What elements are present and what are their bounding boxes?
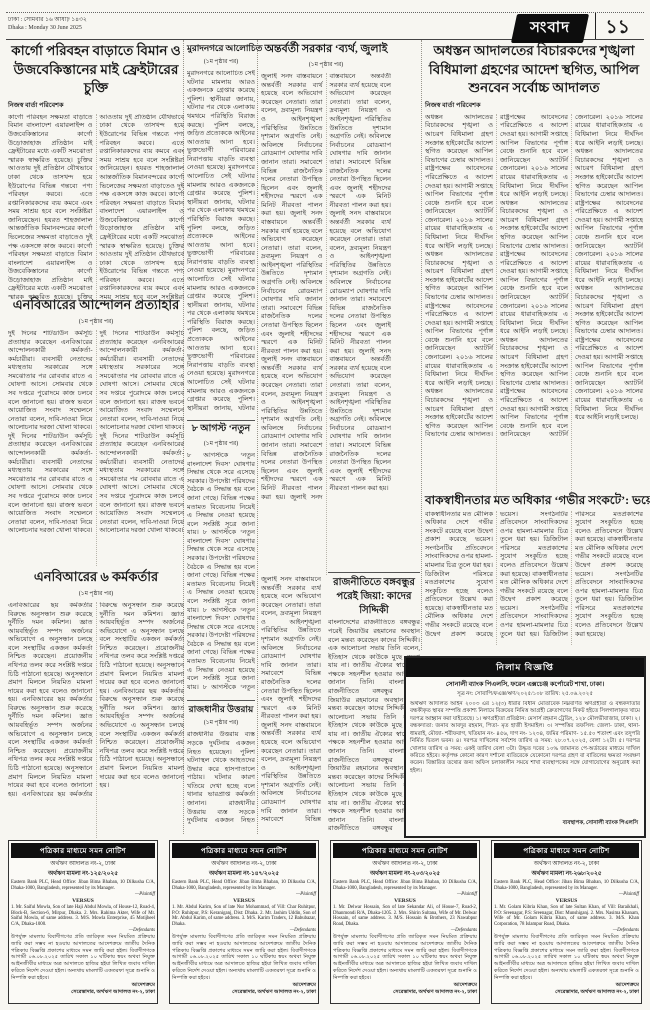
summons-sign-line1: আদেশক্রমে — [454, 982, 477, 988]
summons-versus: VERSUS — [494, 898, 639, 904]
summons-case-no: অর্থঋণ মামলা নং-১৪৭/২০২৫ — [172, 869, 316, 879]
article-august: ৮ আগস্ট ‘নতুন (১ম পৃষ্ঠার পর) ৮ আগস্টকে … — [187, 420, 255, 700]
masthead-wrap: সংবাদ — [514, 14, 586, 43]
headline-uttara: রাজধানীর উত্তরায় — [187, 703, 255, 715]
summons-plaintiff: Eastern Bank PLC, Head Office: Jiban Bim… — [11, 880, 155, 892]
article-interim: অন্তর্বর্তী সরকার ‘ব্যর্থ, জুলাই (১ম পৃষ… — [261, 42, 391, 575]
article-nbr-withdraw: এনবিআরের আন্দোলন প্রত্যাহার (১ম পৃষ্ঠার … — [8, 296, 184, 566]
auction-title-bar: নিলাম বিজ্ঞপ্তি — [406, 658, 644, 677]
column-rule — [257, 40, 258, 834]
summons-case-no: অর্থঋণ মামলা নং-১২৫/২০২৫ — [11, 869, 155, 879]
continued-note: (১ম পৃষ্ঠার পর) — [187, 717, 255, 728]
masthead-logo: সংবাদ — [511, 14, 589, 43]
summons-sign-line1: আদেশক্রমে — [132, 982, 155, 988]
headline-court: অধস্তন আদালতের বিচারকদের শৃঙ্খলা বিধিমাল… — [425, 42, 643, 98]
continued-note: (১ম পৃষ্ঠার পর) — [187, 438, 255, 449]
summons-plaintiff: Eastern Bank PLC, Head Office: Jiban Bim… — [494, 880, 639, 892]
masthead-title: সংবাদ — [530, 16, 570, 41]
summons-notice-box-3: পত্রিকার মাধ্যমে সমন নোটিশ অর্থঋণ আদালত … — [330, 840, 480, 1004]
plaintiff-tag: —Plaintiff — [494, 892, 639, 897]
defendant-tag: —Defendants — [494, 928, 639, 933]
body-nbr-officials: এনবিআরের ছয় কর্মকর্তার বিরুদ্ধে অনুসন্ধ… — [8, 602, 184, 838]
article-muradnagar: মুরাদনগরে আলোচিত (১ম পৃষ্ঠার পর) মুরাদনগ… — [187, 42, 255, 418]
page-number: ১১ — [605, 13, 630, 45]
summons-versus: VERSUS — [333, 898, 477, 904]
auction-org: সোনালী ব্যাংক পিএলসি, ফরেন এক্সচেঞ্জ কর্… — [406, 679, 644, 690]
summons-defendants: 1. Mr. Golam Kibria Khan, Son of late Su… — [494, 905, 639, 928]
continued-note: (১ম পৃষ্ঠার পর) — [8, 316, 184, 327]
date-english: Dhaka : Monday 30 June 2025 — [8, 24, 87, 32]
column-rule — [421, 40, 422, 650]
summons-signature: আদেশক্রমে সেরেস্তাদার, অর্থঋণ আদালত নং-২… — [11, 982, 155, 996]
summons-title-bar: পত্রিকার মাধ্যমে সমন নোটিশ — [11, 843, 155, 858]
summons-plaintiff: Eastern Bank PLC, Head Office: Jiban Bim… — [172, 880, 316, 892]
summons-notice-box-2: পত্রিকার মাধ্যমে সমন নোটিশ অর্থঋণ আদালত … — [169, 840, 319, 1004]
continued-note: (১ম পৃষ্ঠার পর) — [187, 56, 255, 67]
continued-note: (১ম পৃষ্ঠার পর) — [261, 59, 391, 70]
body-interim-continued: জুলাই সনদ বাস্তবায়নে অন্তর্বর্তী সরকার … — [261, 576, 321, 832]
plaintiff-tag: —Plaintiff — [172, 892, 316, 897]
defendant-tag: —Defendants — [11, 928, 155, 933]
summons-notice-box-1: পত্রিকার মাধ্যমে সমন নোটিশ অর্থঋণ আদালত … — [8, 840, 158, 1004]
headline-nbr-officials: এনবিআরের ৬ কর্মকর্তার — [8, 568, 184, 586]
headline-muradnagar: মুরাদনগরে আলোচিত — [187, 42, 255, 54]
summons-title-bar: পত্রিকার মাধ্যমে সমন নোটিশ — [494, 843, 639, 858]
auction-notice-box: নিলাম বিজ্ঞপ্তি সোনালী ব্যাংক পিএলসি, ফর… — [404, 656, 646, 838]
headline-interim: অন্তর্বর্তী সরকার ‘ব্যর্থ, জুলাই — [261, 42, 391, 57]
summons-case-no: অর্থঋণ মামলা নং-২৬৮/২০২৫ — [494, 869, 639, 879]
headline-voice: বাকস্বাধীনতার মত অধিকার ‘গভীর সংকটে’: ভয… — [425, 492, 643, 509]
header-divider — [595, 13, 596, 39]
summons-defendants: 1. Mr. Saiful Mowla, Son of late Haji Ab… — [11, 905, 155, 928]
defendant-tag: —Defendants — [333, 928, 477, 933]
auction-signature: ব্যবস্থাপক, সোনালী ব্যাংক পিএলসি — [406, 819, 644, 828]
summons-body: উপর্যুক্ত মামলায় বিবাদীগণের প্রতি জারিক… — [11, 934, 155, 981]
summons-sign-line1: আদেশক্রমে — [293, 982, 316, 988]
article-court: অধস্তন আদালতের বিচারকদের শৃঙ্খলা বিধিমাল… — [425, 42, 643, 502]
summons-body: উপর্যুক্ত মামলায় বিবাদীগণের প্রতি জারিক… — [333, 934, 477, 981]
page-header: ঢাকা : সোমবার ১৬ আষাঢ় ১৪৩২ Dhaka : Mond… — [6, 12, 644, 40]
summons-title-bar: পত্রিকার মাধ্যমে সমন নোটিশ — [172, 843, 316, 858]
summons-signature: আদেশক্রমে সেরেস্তাদার, অর্থঋণ আদালত নং-২… — [172, 982, 316, 996]
summons-signature: আদেশক্রমে সেরেস্তাদার, অর্থঋণ আদালত নং-২… — [494, 982, 639, 996]
article-cargo: কার্গো পরিবহন বাড়াতে বিমান ও উজবেকিস্তা… — [8, 42, 184, 306]
summons-defendants: 1. Mr. Abdul Karim, Son of late Nur Moha… — [172, 905, 316, 928]
plaintiff-tag: —Plaintiff — [333, 892, 477, 897]
summons-sign-line2: সেরেস্তাদার, অর্থঋণ আদালত নং-২, ঢাকা — [555, 989, 639, 995]
summons-plaintiff: Eastern Bank PLC, Head Office: Jiban Bim… — [333, 880, 477, 892]
newspaper-page: ঢাকা : সোমবার ১৬ আষাঢ় ১৪৩২ Dhaka : Mond… — [0, 0, 650, 1010]
summons-court: অর্থঋণ আদালত নং-২, ঢাকা — [11, 859, 155, 869]
summons-notice-box-4: পত্রিকার মাধ্যমে সমন নোটিশ অর্থঋণ আদালত … — [491, 840, 642, 1004]
headline-jiya: রাজনীতিতে বঙ্গবন্ধুর পরেই জিয়া: কাদের স… — [328, 576, 420, 617]
body-august: ৮ আগস্টকে ‘নতুন বাংলাদেশ দিবস’ ঘোষণার সি… — [187, 452, 255, 700]
continued-note: (১ম পৃষ্ঠার পর) — [8, 588, 184, 599]
body-interim: জুলাই সনদ বাস্তবায়নে অন্তর্বর্তী সরকার … — [261, 73, 391, 575]
defendant-tag: —Defendants — [172, 928, 316, 933]
body-nbr-withdraw: দুই দিনের শাটডাউন কর্মসূচি প্রত্যাহার কর… — [8, 330, 184, 566]
body-muradnagar: মুরাদনগরে আলোচিত সেই ঘটনার মামলায় আরও এ… — [187, 70, 255, 418]
summons-sign-line2: সেরেস্তাদার, অর্থঋণ আদালত নং-২, ঢাকা — [393, 989, 477, 995]
auction-body: অর্থঋণ আদালত আইন ২০০৩ এর ১২(৩) ধারার বিধ… — [406, 701, 644, 819]
plaintiff-tag: —Plaintiff — [11, 892, 155, 897]
body-voice: বাকস্বাধীনতার মত মৌলিক অধিকার দেশে গভীর … — [425, 511, 643, 645]
summons-signature: আদেশক্রমে সেরেস্তাদার, অর্থঋণ আদালত নং-২… — [333, 982, 477, 996]
summons-case-no: অর্থঋণ মামলা নং-২০৩/২০২৫ — [333, 869, 477, 879]
article-nbr-officials: এনবিআরের ৬ কর্মকর্তার (১ম পৃষ্ঠার পর) এন… — [8, 568, 184, 838]
headline-cargo: কার্গো পরিবহন বাড়াতে বিমান ও উজবেকিস্তা… — [8, 42, 184, 98]
byline-cargo: নিজস্ব বার্তা পরিবেশক — [8, 100, 184, 111]
headline-nbr-withdraw: এনবিআরের আন্দোলন প্রত্যাহার — [8, 296, 184, 314]
summons-court: অর্থঋণ আদালত নং-২, ঢাকা — [172, 859, 316, 869]
summons-versus: VERSUS — [11, 898, 155, 904]
summons-title-bar: পত্রিকার মাধ্যমে সমন নোটিশ — [333, 843, 477, 858]
body-cargo: কার্গো পরিবহন সক্ষমতা বাড়াতে বিমান বাংল… — [8, 114, 184, 306]
summons-sign-line2: সেরেস্তাদার, অর্থঋণ আদালত নং-২, ঢাকা — [232, 989, 316, 995]
headline-august: ৮ আগস্ট ‘নতুন — [187, 423, 255, 436]
summons-body: উপর্যুক্ত মামলায় বিবাদীগণের প্রতি জারিক… — [494, 934, 639, 981]
body-court: অধস্তন আদালতের বিচারকদের শৃঙ্খলা ও আচরণ … — [425, 114, 643, 502]
body-uttara: রাজধানীর উত্তরায় ব্যস্ত সড়কে দুর্ঘটনায… — [187, 731, 255, 833]
article-voice: বাকস্বাধীনতার মত অধিকার ‘গভীর সংকটে’: ভয… — [425, 492, 643, 645]
summons-versus: VERSUS — [172, 898, 316, 904]
date-bengali: ঢাকা : সোমবার ১৬ আষাঢ় ১৪৩২ — [8, 16, 87, 24]
byline-court: নিজস্ব বার্তা পরিবেশক — [425, 100, 643, 111]
summons-body: উপর্যুক্ত মামলায় বিবাদীগণের প্রতি জারিক… — [172, 934, 316, 981]
summons-court: অর্থঋণ আদালত নং-২, ঢাকা — [333, 859, 477, 869]
article-uttara: রাজধানীর উত্তরায় (১ম পৃষ্ঠার পর) রাজধান… — [187, 700, 255, 833]
summons-sign-line1: আদেশক্রমে — [616, 982, 639, 988]
summons-defendants: 1. Mr. Delwar Hossain, Son of late Sekan… — [333, 905, 477, 928]
auction-ref: সূত্র নং: সোবাপি/ফএক্স/ঋণ/২০২৫/১০৮ তারিখ… — [406, 691, 644, 699]
dateline: ঢাকা : সোমবার ১৬ আষাঢ় ১৪৩২ Dhaka : Mond… — [8, 16, 87, 33]
summons-sign-line2: সেরেস্তাদার, অর্থঋণ আদালত নং-২, ঢাকা — [71, 989, 155, 995]
summons-court: অর্থঋণ আদালত নং-২, ঢাকা — [494, 859, 639, 869]
article-interim-continued: জুলাই সনদ বাস্তবায়নে অন্তর্বর্তী সরকার … — [261, 576, 321, 832]
